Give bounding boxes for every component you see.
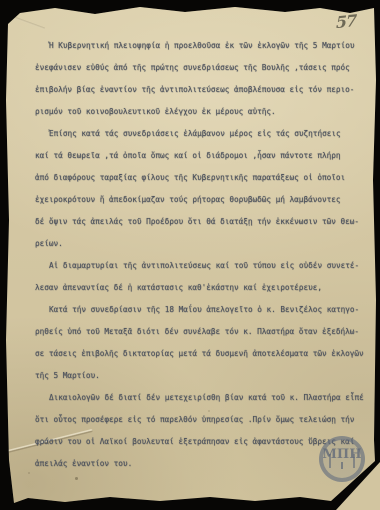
text-line: καί τά θεωρεῖα ,τά ὁποῖα ὅπως καί οἱ διά…: [35, 145, 371, 167]
text-line: ὅτι οὗτος προσέφερε εἰς τό παρελθόν ὑπηρ…: [35, 409, 371, 431]
text-line: Ἡ Κυβερνητική πλειοψηφία ἡ προελθοῦσα ἐκ…: [35, 35, 371, 57]
paper-speck: [75, 477, 78, 480]
stamp-stem: [341, 462, 343, 469]
page-number: 57: [336, 11, 356, 32]
text-line: ρισμόν τοῦ κοινοβουλευτικοῦ ἐλέγχου ἐκ μ…: [35, 101, 371, 123]
text-line: Ἐπίσης κατά τάς συνεδριάσεις ἐλάμβανον μ…: [35, 123, 371, 145]
text-line: ἐχειροκρότουν ἤ ἀπεδοκίμαζαν τούς ρήτορα…: [35, 189, 371, 211]
text-line: ἐνεφάνισεν εὐθύς ἀπό τῆς πρώτης συνεδριά…: [35, 57, 371, 79]
paper-speck: [208, 410, 210, 412]
text-line: ρηθείς ὑπό τοῦ Μεταξᾶ διότι δέν συνέλαβε…: [35, 321, 371, 343]
corner-crease: [3, 13, 45, 30]
text-line: δέ ὄψιν τάς ἀπειλάς τοῦ Προέδρου ὅτι θά …: [35, 211, 371, 233]
document-page: 57 Ἡ Κυβερνητική πλειοψηφία ἡ προελθοῦσα…: [0, 0, 380, 510]
text-line: ἐπιβολήν βίας ἐναντίον τῆς ἀντιπολιτεύσε…: [35, 79, 371, 101]
text-line: τῆς 5 Μαρτίου.: [35, 365, 371, 387]
archive-stamp-icon: ΜΠΗ: [319, 436, 365, 482]
text-line: λεσαν ἀπεναντίας δέ ἡ κατάστασις καθ'ἑκά…: [35, 277, 371, 299]
stamp-bar: [353, 454, 355, 468]
text-line: ρείων.: [35, 233, 371, 255]
text-line: Αἱ διαμαρτυρίαι τῆς ἀντιπολιτεύσεως καί …: [35, 255, 371, 277]
text-line: ἀπό διαφόρους ταραξίας φίλους τῆς Κυβερν…: [35, 167, 371, 189]
document-text: Ἡ Κυβερνητική πλειοψηφία ἡ προελθοῦσα ἐκ…: [35, 35, 371, 475]
paper-speck: [28, 472, 30, 474]
stamp-bar: [329, 454, 331, 468]
text-line: σε τάσεις ἐπιβολῆς δικτατορίας μετά τά δ…: [35, 343, 371, 365]
text-line: Κατά τήν συνεδρίασιν τῆς 18 Μαΐου ἀπελογ…: [35, 299, 371, 321]
text-line: Δικαιολογῶν δέ διατί δέν μετεχειρίσθη βί…: [35, 387, 371, 409]
